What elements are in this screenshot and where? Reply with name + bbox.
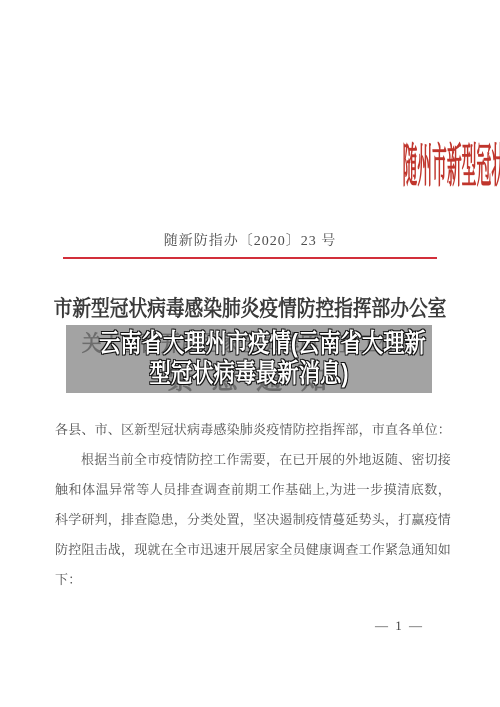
letterhead-title: 随州市新型冠状病毒感染肺炎疫情防控指挥部办公室文件 <box>402 141 500 193</box>
salutation: 各县、市、区新型冠状病毒感染肺炎疫情防控指挥部，市直各单位： <box>55 415 451 445</box>
doc-title-line1: 市新型冠状病毒感染肺炎疫情防控指挥部办公室 <box>0 296 500 322</box>
letterhead: 随州市新型冠状病毒感染肺炎疫情防控指挥部办公室文件 <box>0 141 500 193</box>
body-paragraph: 根据当前全市疫情防控工作需要，在已开展的外地返随、密切接触和体温异常等人员排查调… <box>55 445 451 595</box>
doc-number: 随新防指办〔2020〕23 号 <box>0 230 500 250</box>
watermark-overlay: 云南省大理州市疫情(云南省大理新 型冠状病毒最新消息) <box>66 325 432 393</box>
document-page: 随州市新型冠状病毒感染肺炎疫情防控指挥部办公室文件 随新防指办〔2020〕23 … <box>0 0 500 707</box>
document-body: 各县、市、区新型冠状病毒感染肺炎疫情防控指挥部，市直各单位： 根据当前全市疫情防… <box>55 415 451 595</box>
watermark-line2: 型冠状病毒最新消息) <box>99 358 399 388</box>
watermark-text-block: 云南省大理州市疫情(云南省大理新 型冠状病毒最新消息) <box>99 328 399 388</box>
doc-title-line1-text: 市新型冠状病毒感染肺炎疫情防控指挥部办公室 <box>54 296 447 322</box>
page-number: — 1 — <box>375 618 424 634</box>
watermark-line1: 云南省大理州市疫情(云南省大理新 <box>99 328 399 358</box>
letterhead-divider <box>63 257 437 259</box>
